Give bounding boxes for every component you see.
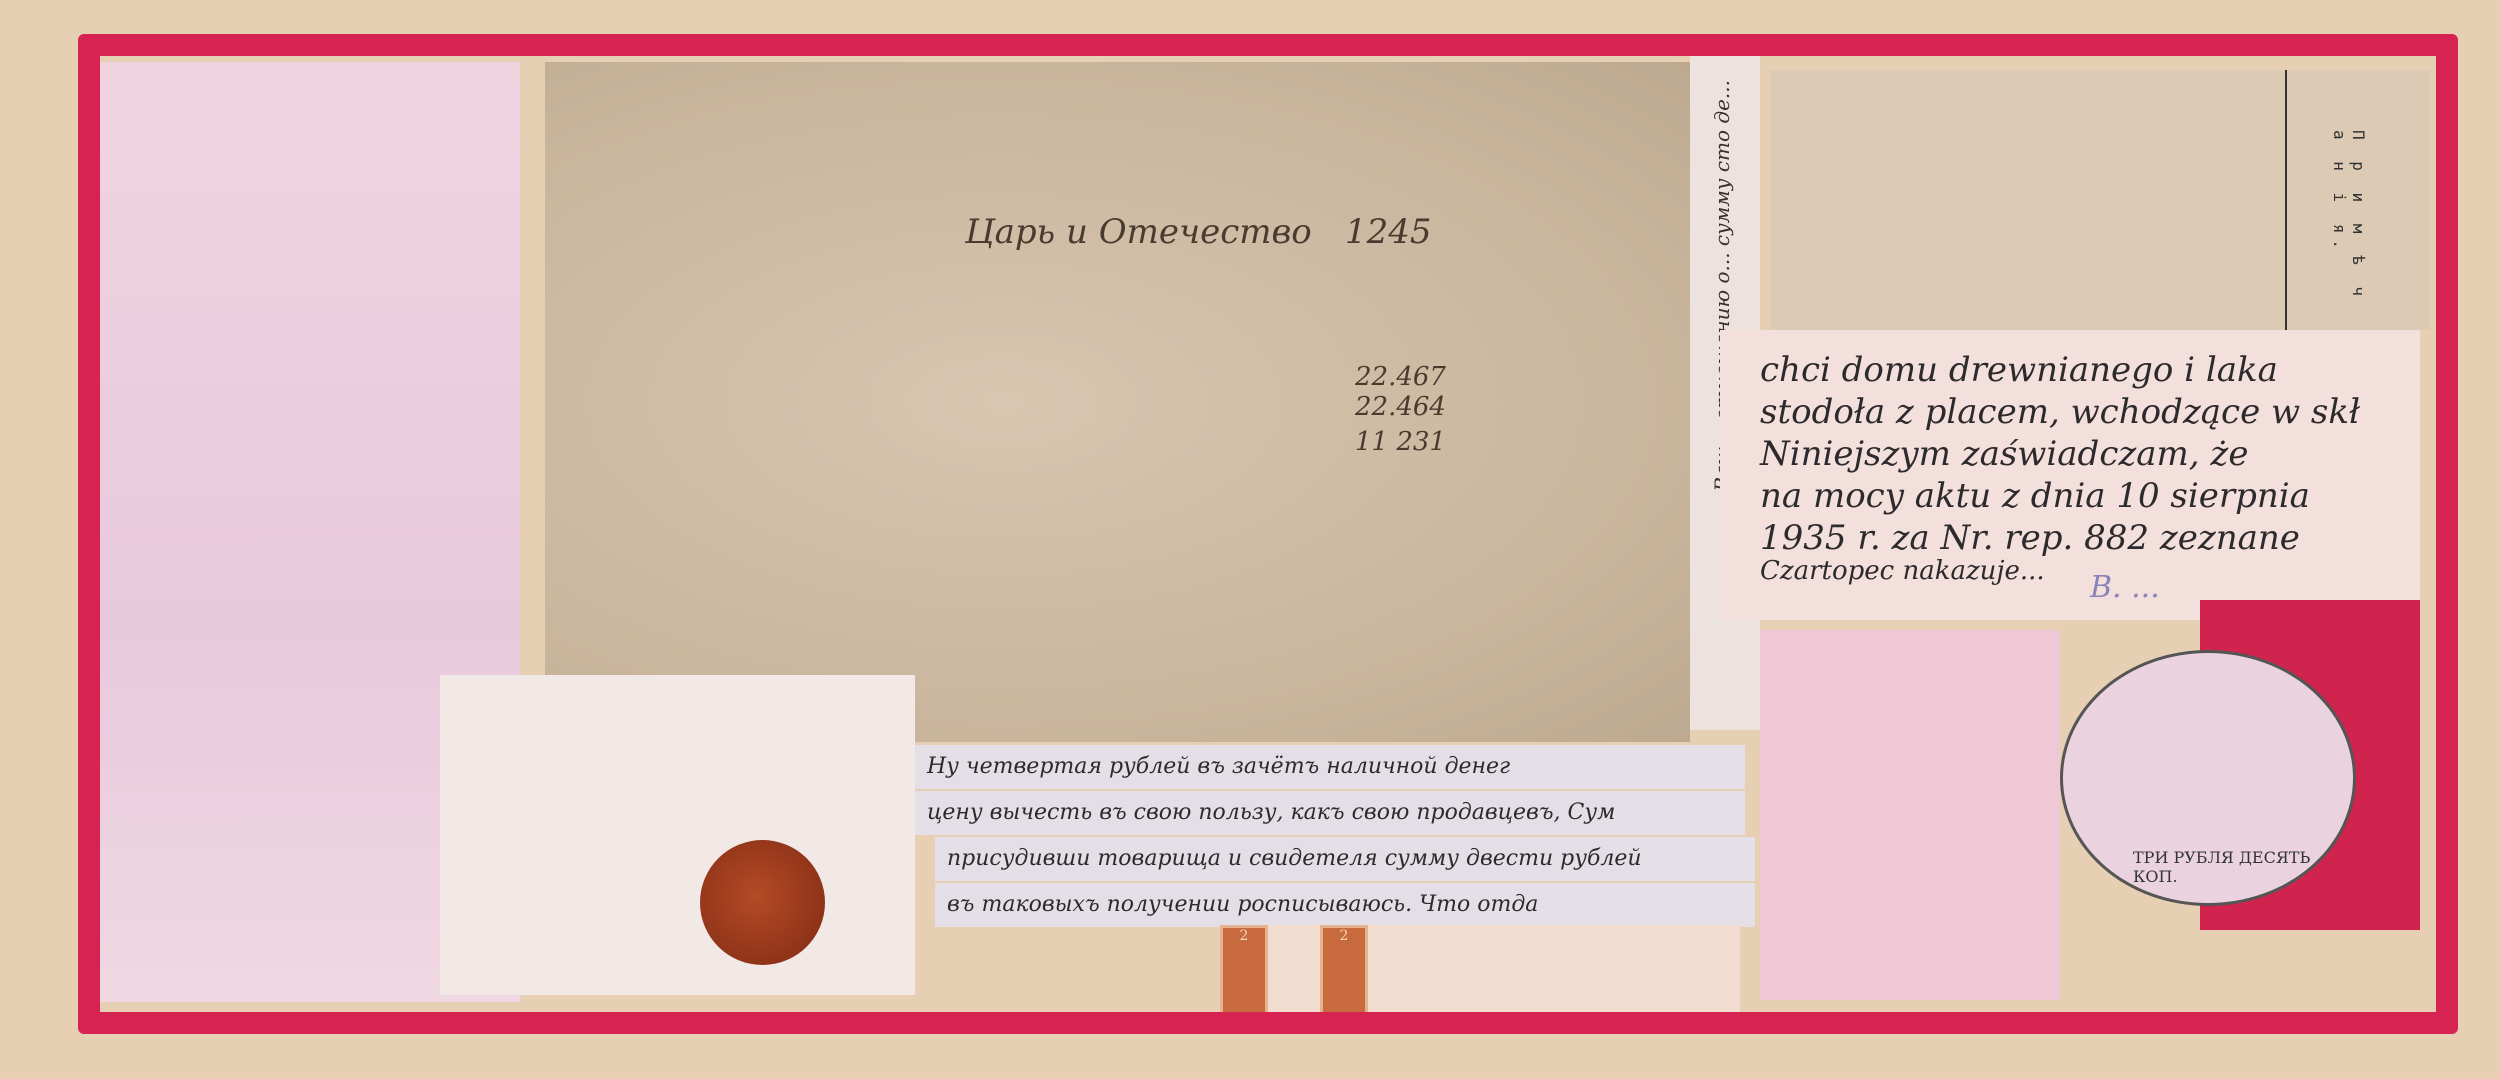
red-painted-frame — [78, 34, 2458, 1034]
